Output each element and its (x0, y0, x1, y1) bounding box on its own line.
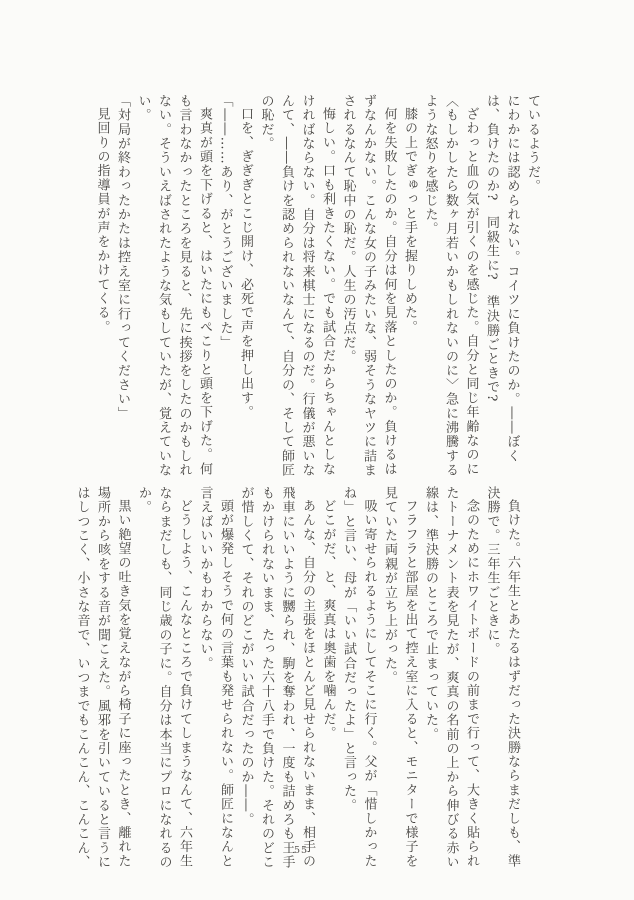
page-number: 55 (288, 845, 314, 856)
paragraph: 黒い絶望の吐き気を覚えながら椅子に座ったとき、離れた場所から咳をする音が聞こえた… (71, 486, 133, 871)
lower-text-block: 負けた。六年生とあたるはずだった決勝ならまだしも、準決勝で。三年生ごときに。念の… (62, 486, 522, 871)
paragraph: ざわっと血の気が引くのを感じた。自分と同じ年齢なのに〈もしかしたら数ヶ月若いかも… (419, 94, 481, 479)
paragraph: 念のためにホワイトボードの前まで行って、大きく貼られたトーナメント表を見たが、爽… (420, 486, 482, 871)
paragraph: 膝の上でぎゅっと手を握りしめた。 (399, 94, 420, 479)
book-page: ているようだ。にわかには認められない。コイツに負けたのか。――ぼくは、負けたのか… (0, 0, 634, 900)
paragraph: 負けた。六年生とあたるはずだった決勝ならまだしも、準決勝で。三年生ごときに。 (481, 486, 522, 871)
paragraph: 見回りの指導員が声をかけてくる。 (91, 94, 112, 479)
paragraph: どうしよう、こんなところで負けてしまうなんて、六年生ならまだしも、同じ歳の子に。… (133, 486, 195, 871)
paragraph: にわかには認められない。コイツに負けたのか。――ぼくは、負けたのか? 同級生に?… (481, 94, 522, 479)
paragraph: 「――……あり、がとうございました」 (214, 94, 235, 479)
paragraph: 頭が爆発しそうで何の言葉も発せられない。師匠になんと言えばいいかもわからない。 (194, 486, 235, 871)
paragraph: どこがだ、と、爽真は奥歯を噛んだ。 (317, 486, 338, 871)
paragraph: フラフラと部屋を出て控え室に入ると、モニターで様子を見ていた両親が立ち上がった。 (379, 486, 420, 871)
paragraph: 爽真が頭を下げると、はいたにもぺこりと頭を下げた。何も言わなかったところを見ると… (132, 94, 214, 479)
paragraph: 「対局が終わったかたは控え室に行ってください」 (112, 94, 133, 479)
paragraph: あんな、自分の主張をほとんど見せられないまま、相手の飛車にいいように嬲られ、駒を… (235, 486, 317, 871)
paragraph: 口を、ぎぎぎとこじ開け、必死で声を押し出す。 (235, 94, 256, 479)
paragraph: 吸い寄せられるようにしてそこに行く。父が「惜しかったね」と言い、母が「いい試合だ… (338, 486, 379, 871)
paragraph: ているようだ。 (522, 94, 543, 479)
paragraph: 悔しい。口も利きたくない。でも試合だからちゃんとしなければならない。自分は将来棋… (255, 94, 337, 479)
paragraph: 何を失敗したのか。自分は何を見落としたのか。負けるはずなんかない。こんな女の子み… (337, 94, 399, 479)
upper-text-block: ているようだ。にわかには認められない。コイツに負けたのか。――ぼくは、負けたのか… (82, 94, 542, 479)
